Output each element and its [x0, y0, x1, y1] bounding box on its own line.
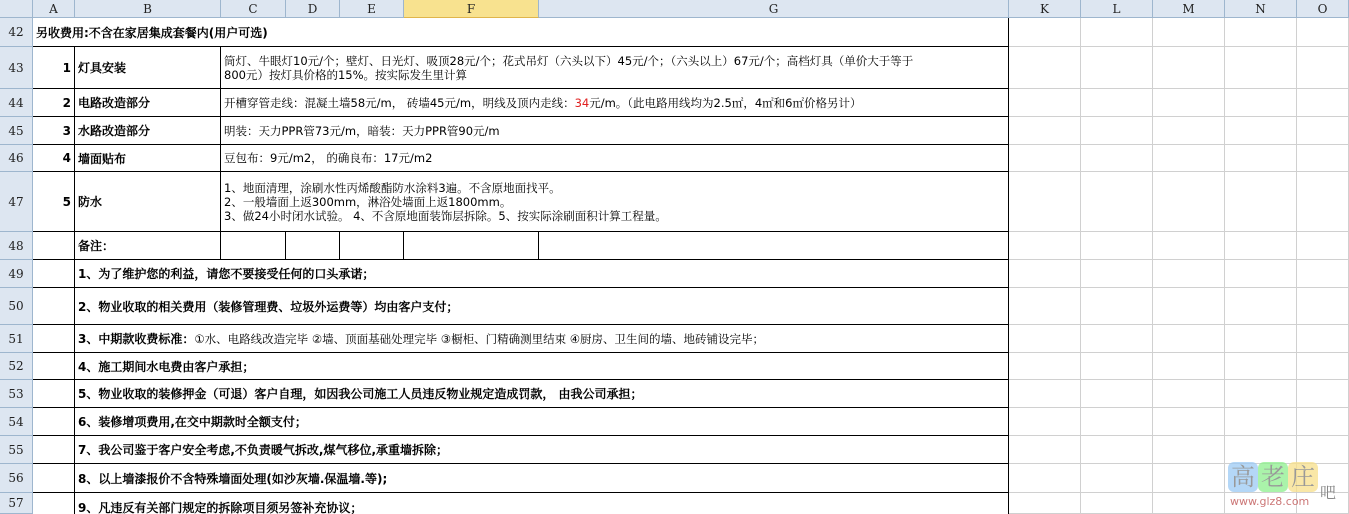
item-no-cell[interactable]: 4	[33, 145, 75, 172]
empty-cell[interactable]	[33, 493, 75, 514]
empty-cell[interactable]	[1225, 89, 1297, 117]
section-title: 另收费用:不含在家居集成套餐内(用户可选)	[36, 24, 268, 41]
empty-cell[interactable]	[1297, 436, 1349, 464]
empty-cell[interactable]	[1009, 260, 1081, 288]
empty-cell[interactable]	[1153, 89, 1225, 117]
empty-cell[interactable]	[1009, 325, 1081, 353]
row-header-49[interactable]: 49	[0, 260, 33, 288]
column-header-m[interactable]: M	[1153, 0, 1225, 18]
desc-line: 800元）按灯具价格的15%。按实际发生里计算	[224, 68, 467, 82]
remark-row[interactable]: 4、施工期间水电费由客户承担；	[75, 353, 1009, 380]
empty-cell[interactable]	[1153, 408, 1225, 436]
empty-cell[interactable]	[1153, 464, 1225, 493]
column-header-a[interactable]: A	[33, 0, 75, 18]
empty-cell[interactable]	[1225, 353, 1297, 380]
empty-cell[interactable]	[1153, 47, 1225, 89]
site-watermark: 高 老 庄 吧 www.glz8.com	[1228, 462, 1348, 514]
desc-line: 1、地面清理，涂刷水性丙烯酸酯防水涂料3遍。不含原地面找平。	[224, 181, 561, 195]
watermark-char: 老	[1258, 462, 1288, 492]
row-header-42[interactable]: 42	[0, 18, 33, 47]
item-no-cell[interactable]: 2	[33, 89, 75, 117]
empty-cell[interactable]	[1153, 380, 1225, 408]
item-name-cell[interactable]: 墙面贴布	[75, 145, 221, 172]
item-name-cell[interactable]: 防水	[75, 172, 221, 232]
remark-row[interactable]: 6、装修增项费用,在交中期款时全额支付；	[75, 408, 1009, 436]
empty-cell[interactable]	[1009, 408, 1081, 436]
empty-cell[interactable]	[1009, 353, 1081, 380]
remark-row[interactable]: 1、为了维护您的利益，请您不要接受任何的口头承诺；	[75, 260, 1009, 288]
empty-cell[interactable]	[1153, 325, 1225, 353]
row-header-44[interactable]: 44	[0, 89, 33, 117]
empty-cell[interactable]	[1225, 288, 1297, 325]
item-name-cell[interactable]: 水路改造部分	[75, 117, 221, 145]
item-desc-cell[interactable]: 筒灯、牛眼灯10元/个；壁灯、日光灯、吸顶28元/个；花式吊灯（六头以下）45元…	[221, 47, 1009, 89]
column-header-o[interactable]: O	[1297, 0, 1349, 18]
empty-cell[interactable]	[1225, 18, 1297, 47]
desc-text: 开槽穿管走线：混凝土墙58元/m， 砖墙45元/m，明线及顶内走线：	[224, 95, 575, 111]
item-desc-cell[interactable]: 明装：天力PPR管73元/m，暗装：天力PPR管90元/m	[221, 117, 1009, 145]
column-header-n[interactable]: N	[1225, 0, 1297, 18]
empty-cell[interactable]	[1009, 89, 1081, 117]
empty-cell[interactable]	[1009, 18, 1081, 47]
empty-cell[interactable]	[1225, 172, 1297, 232]
row-header-53[interactable]: 53	[0, 380, 33, 408]
watermark-suffix: 吧	[1320, 480, 1336, 503]
column-header-b[interactable]: B	[75, 0, 221, 18]
empty-cell[interactable]	[1153, 172, 1225, 232]
empty-cell[interactable]	[1081, 145, 1153, 172]
empty-cell[interactable]	[1297, 18, 1349, 47]
remark-row[interactable]: 2、物业收取的相关费用（装修管理费、垃圾外运费等）均由客户支付；	[75, 288, 1009, 325]
watermark-url: www.glz8.com	[1230, 495, 1309, 508]
desc-text: 元/m。（此电路用线均为2.5㎡，4㎡和6㎡价格另计）	[589, 95, 861, 111]
empty-cell[interactable]	[1009, 232, 1081, 260]
item-desc-cell[interactable]: 开槽穿管走线：混凝土墙58元/m， 砖墙45元/m，明线及顶内走线：34元/m。…	[221, 89, 1009, 117]
empty-cell[interactable]	[1081, 380, 1153, 408]
empty-cell[interactable]	[1009, 288, 1081, 325]
empty-cell[interactable]	[1225, 117, 1297, 145]
empty-cell[interactable]	[1153, 232, 1225, 260]
empty-cell[interactable]	[1009, 464, 1081, 493]
empty-cell[interactable]	[1297, 47, 1349, 89]
empty-cell[interactable]	[33, 380, 75, 408]
remark-detail: ①水、电路线改造完毕 ②墙、顶面基础处理完毕 ③橱柜、门精确测里结束 ④厨房、卫…	[194, 331, 764, 347]
column-header-g[interactable]: G	[539, 0, 1009, 18]
empty-cell[interactable]	[1297, 232, 1349, 260]
empty-cell[interactable]	[1009, 47, 1081, 89]
empty-cell[interactable]	[1081, 232, 1153, 260]
column-header-e[interactable]: E	[340, 0, 404, 18]
row-header-51[interactable]: 51	[0, 325, 33, 353]
empty-cell[interactable]	[1081, 172, 1153, 232]
empty-cell[interactable]	[1297, 325, 1349, 353]
empty-cell[interactable]	[33, 325, 75, 353]
empty-cell[interactable]	[1081, 493, 1153, 514]
empty-cell[interactable]	[1297, 89, 1349, 117]
row-header-47[interactable]: 47	[0, 172, 33, 232]
empty-cell[interactable]	[1297, 380, 1349, 408]
section-title-cell[interactable]: 另收费用:不含在家居集成套餐内(用户可选)	[33, 18, 1009, 47]
empty-cell[interactable]	[1297, 117, 1349, 145]
row-header-48[interactable]: 48	[0, 232, 33, 260]
empty-cell[interactable]	[1009, 145, 1081, 172]
empty-cell[interactable]	[1153, 117, 1225, 145]
empty-cell[interactable]	[1009, 380, 1081, 408]
empty-cell[interactable]	[1081, 288, 1153, 325]
empty-cell[interactable]	[33, 288, 75, 325]
select-all-corner[interactable]	[0, 0, 33, 18]
empty-cell[interactable]	[1297, 260, 1349, 288]
remark-row[interactable]: 8、以上墙漆报价不含特殊墙面处理(如沙灰墙.保温墙.等);	[75, 464, 1009, 493]
remark-row[interactable]: 9、凡违反有关部门规定的拆除项目须另签补充协议；	[75, 493, 1009, 514]
empty-cell[interactable]	[33, 408, 75, 436]
empty-cell[interactable]	[1225, 408, 1297, 436]
empty-cell[interactable]	[1081, 353, 1153, 380]
item-desc-cell[interactable]: 豆包布：9元/m2， 的确良布：17元/m2	[221, 145, 1009, 172]
empty-cell[interactable]	[1081, 408, 1153, 436]
empty-cell[interactable]	[1225, 260, 1297, 288]
row-header-45[interactable]: 45	[0, 117, 33, 145]
empty-cell[interactable]	[1225, 145, 1297, 172]
item-no-cell[interactable]: 5	[33, 172, 75, 232]
empty-cell[interactable]	[1009, 493, 1081, 514]
column-header-c[interactable]: C	[221, 0, 286, 18]
empty-cell[interactable]	[33, 232, 75, 260]
item-no-cell[interactable]: 3	[33, 117, 75, 145]
empty-cell[interactable]	[340, 232, 404, 260]
empty-cell[interactable]	[1009, 172, 1081, 232]
column-header-d[interactable]: D	[286, 0, 340, 18]
empty-cell[interactable]	[33, 260, 75, 288]
empty-cell[interactable]	[1297, 172, 1349, 232]
row-header-52[interactable]: 52	[0, 353, 33, 380]
empty-cell[interactable]	[1081, 464, 1153, 493]
watermark-char: 庄	[1288, 462, 1318, 492]
empty-cell[interactable]	[1225, 47, 1297, 89]
row-header-46[interactable]: 46	[0, 145, 33, 172]
empty-cell[interactable]	[1225, 232, 1297, 260]
desc-price-highlight: 34	[575, 96, 590, 110]
empty-cell[interactable]	[1153, 353, 1225, 380]
empty-cell[interactable]	[1081, 260, 1153, 288]
empty-cell[interactable]	[33, 464, 75, 493]
empty-cell[interactable]	[1153, 493, 1225, 514]
empty-cell[interactable]	[1225, 380, 1297, 408]
row-header-56[interactable]: 56	[0, 464, 33, 493]
item-name-cell[interactable]: 电路改造部分	[75, 89, 221, 117]
item-desc-cell[interactable]: 1、地面清理，涂刷水性丙烯酸酯防水涂料3遍。不含原地面找平。 2、一般墙面上返3…	[221, 172, 1009, 232]
empty-cell[interactable]	[1297, 145, 1349, 172]
empty-cell[interactable]	[1081, 47, 1153, 89]
remarks-label-cell[interactable]: 备注：	[75, 232, 221, 260]
empty-cell[interactable]	[1297, 288, 1349, 325]
desc-line: 2、一般墙面上返300mm，淋浴处墙面上返1800mm。	[224, 195, 511, 209]
empty-cell[interactable]	[1009, 117, 1081, 145]
desc-line: 筒灯、牛眼灯10元/个；壁灯、日光灯、吸顶28元/个；花式吊灯（六头以下）45元…	[224, 54, 913, 68]
empty-cell[interactable]	[404, 232, 539, 260]
remark-row[interactable]: 7、我公司鉴于客户安全考虑,不负责暖气拆改,煤气移位,承重墙拆除；	[75, 436, 1009, 464]
empty-cell[interactable]	[1297, 353, 1349, 380]
empty-cell[interactable]	[1153, 145, 1225, 172]
row-header-57[interactable]: 57	[0, 493, 33, 514]
column-header-k[interactable]: K	[1009, 0, 1081, 18]
watermark-char: 高	[1228, 462, 1258, 492]
remark-row[interactable]: 3、中期款收费标准：①水、电路线改造完毕 ②墙、顶面基础处理完毕 ③橱柜、门精确…	[75, 325, 1009, 353]
empty-cell[interactable]	[1081, 117, 1153, 145]
column-header-l[interactable]: L	[1081, 0, 1153, 18]
row-header-54[interactable]: 54	[0, 408, 33, 436]
empty-cell[interactable]	[33, 436, 75, 464]
empty-cell[interactable]	[221, 232, 286, 260]
row-header-50[interactable]: 50	[0, 288, 33, 325]
empty-cell[interactable]	[1081, 436, 1153, 464]
remark-label: 3、中期款收费标准：	[78, 330, 194, 347]
empty-cell[interactable]	[286, 232, 340, 260]
column-header-f[interactable]: F	[404, 0, 539, 18]
row-header-43[interactable]: 43	[0, 47, 33, 89]
empty-cell[interactable]	[1225, 325, 1297, 353]
empty-cell[interactable]	[1081, 89, 1153, 117]
empty-cell[interactable]	[1153, 288, 1225, 325]
empty-cell[interactable]	[1009, 436, 1081, 464]
desc-line: 3、做24小时闭水试验。 4、不含原地面装饰层拆除。5、按实际涂刷面积计算工程量…	[224, 209, 667, 223]
empty-cell[interactable]	[1153, 18, 1225, 47]
item-name-cell[interactable]: 灯具安装	[75, 47, 221, 89]
empty-cell[interactable]	[1081, 18, 1153, 47]
remark-row[interactable]: 5、物业收取的装修押金（可退）客户自理，如因我公司施工人员违反物业规定造成罚款，…	[75, 380, 1009, 408]
row-header-55[interactable]: 55	[0, 436, 33, 464]
item-no-cell[interactable]: 1	[33, 47, 75, 89]
empty-cell[interactable]	[1081, 325, 1153, 353]
empty-cell[interactable]	[1153, 436, 1225, 464]
empty-cell[interactable]	[1297, 408, 1349, 436]
empty-cell[interactable]	[33, 353, 75, 380]
empty-cell[interactable]	[1153, 260, 1225, 288]
empty-cell[interactable]	[1225, 436, 1297, 464]
empty-cell[interactable]	[539, 232, 1009, 260]
